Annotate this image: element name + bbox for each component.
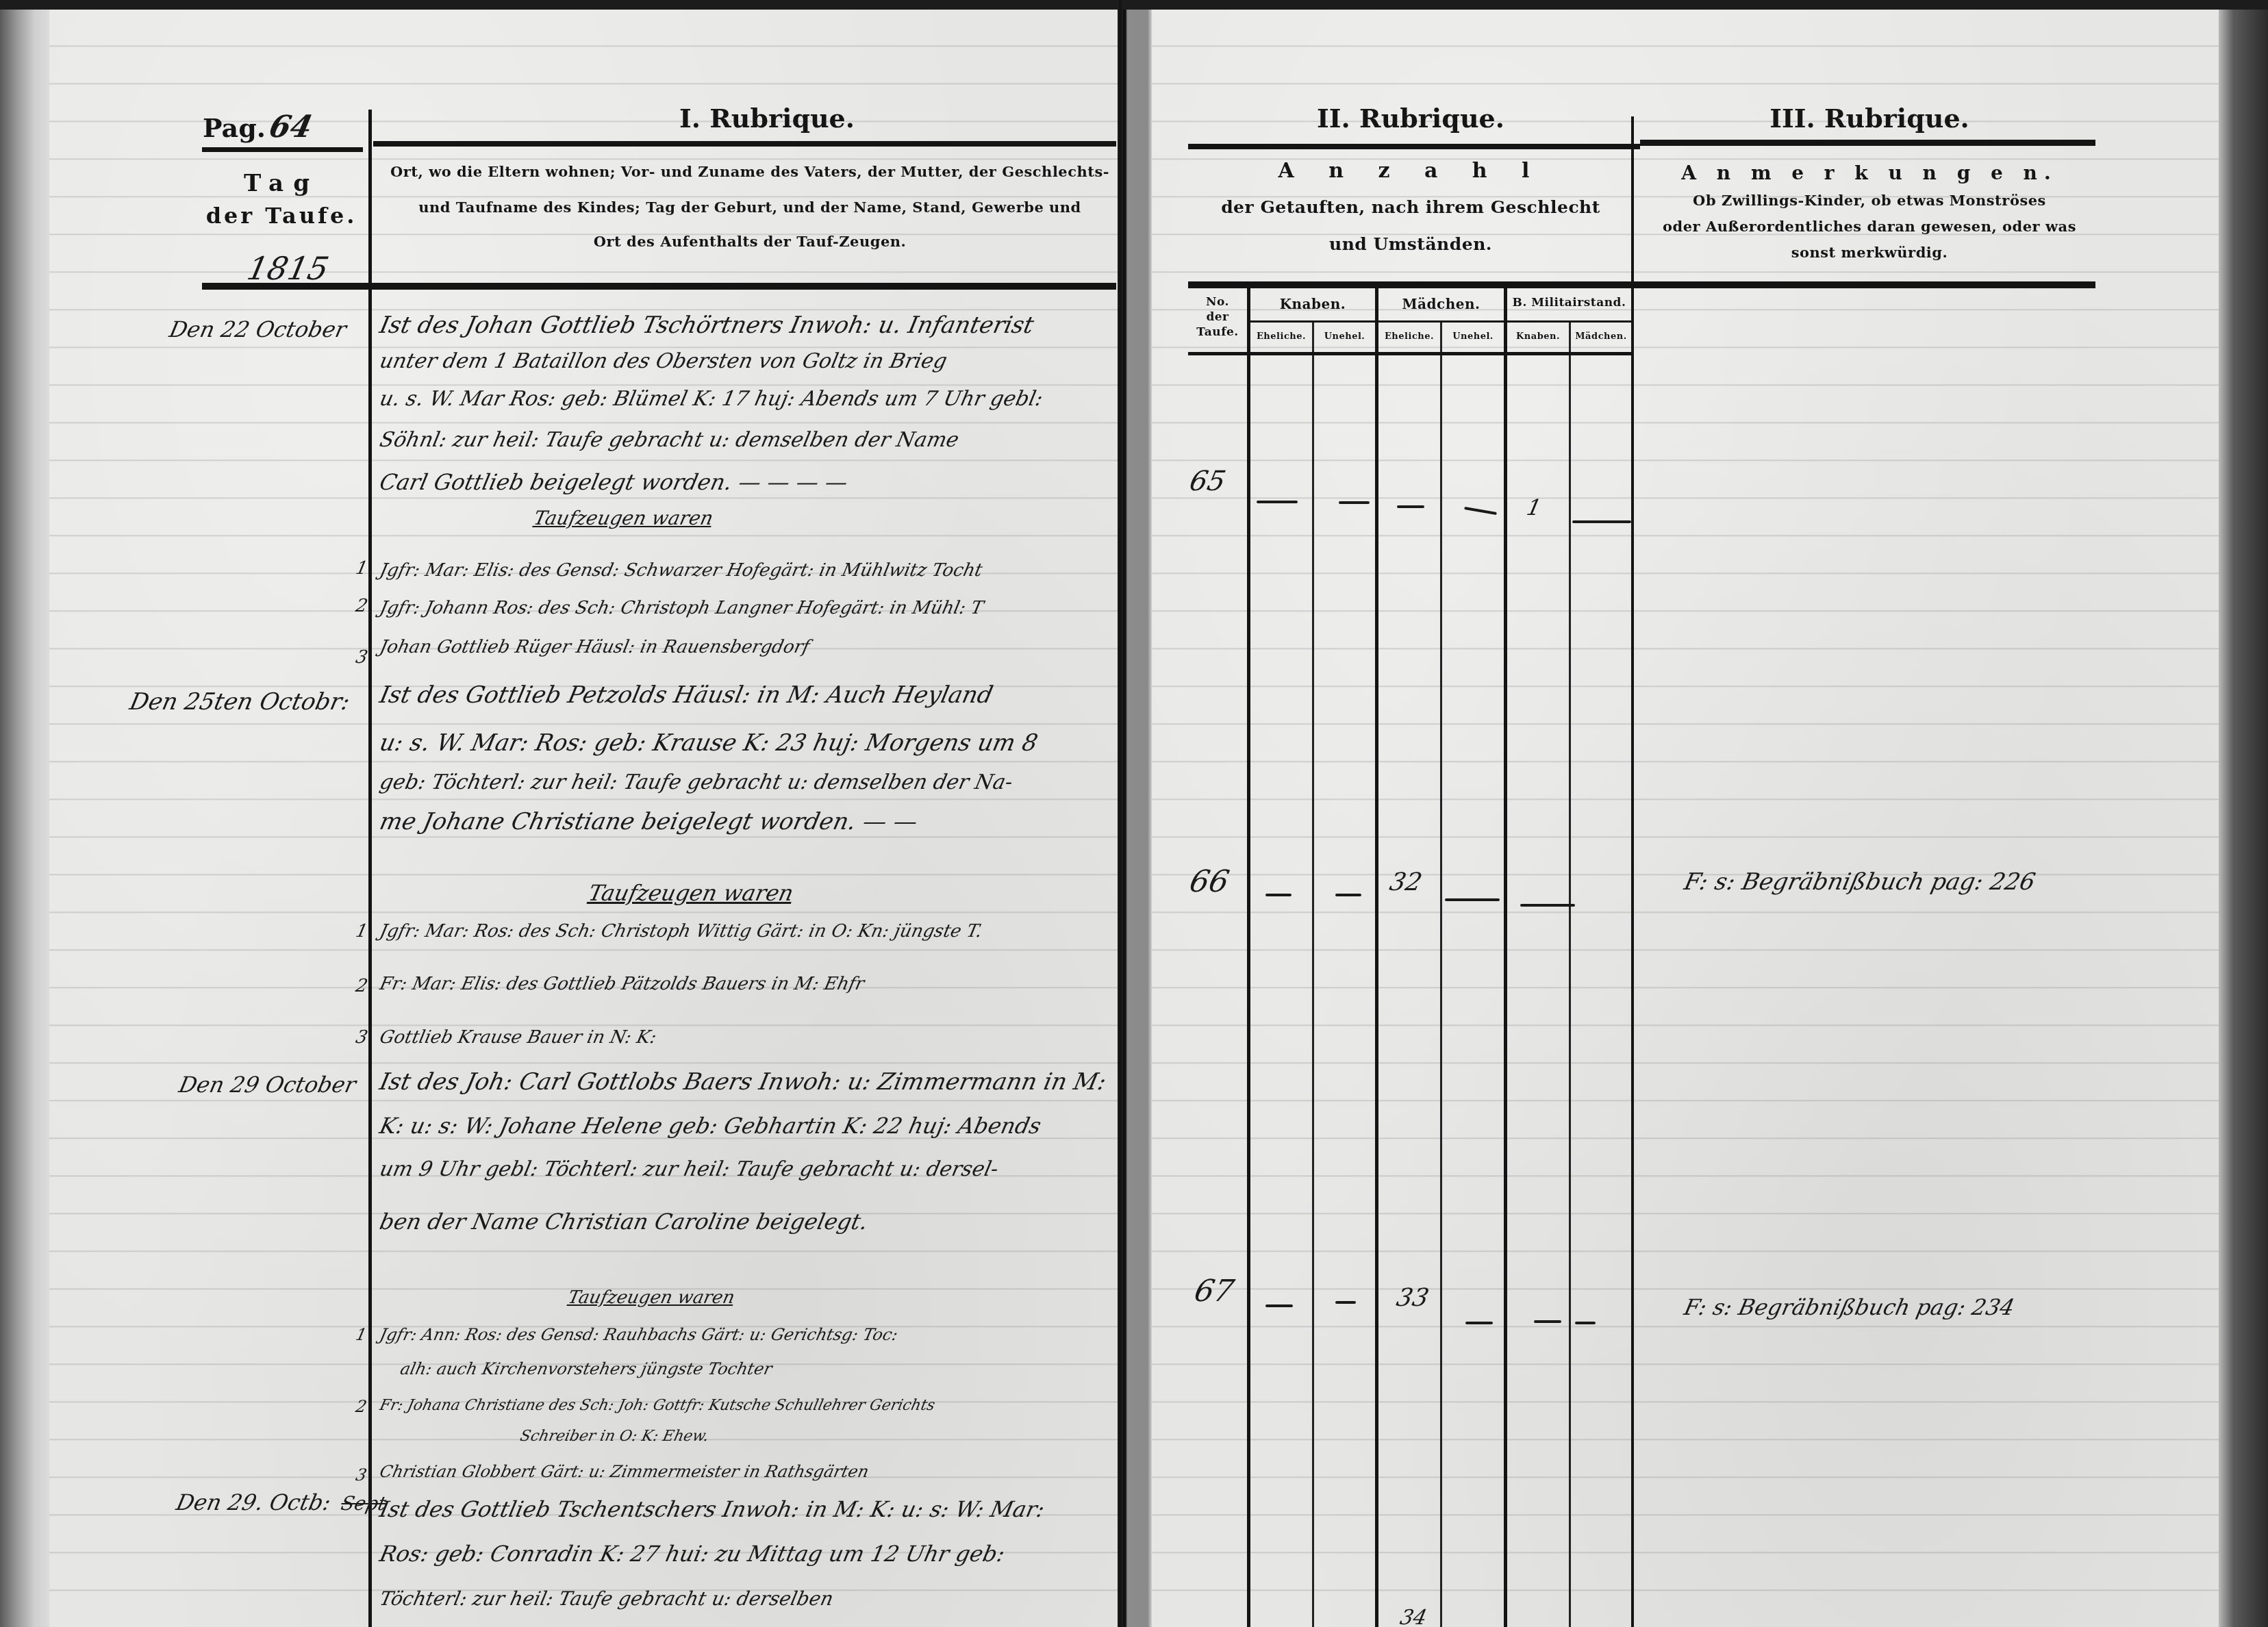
right-page-edge (2219, 10, 2268, 1627)
subcol-mil-maedchen: Mädchen. (1571, 331, 1631, 342)
entry-2-knaben-unehel-dash (1335, 894, 1361, 896)
col-line-k1 (1312, 322, 1314, 1627)
col-line-knaben (1375, 288, 1378, 1627)
entry-2-mil-knaben-dash (1520, 904, 1575, 907)
page-label-text: Pag. (203, 112, 266, 143)
col-line-maedchen (1504, 288, 1507, 1627)
entry-4-date: Den 29. Octb: Sept (174, 1489, 389, 1515)
entry-2-no: 66 (1187, 864, 1233, 899)
entry-1-line: unter dem 1 Bataillon des Obersten von G… (377, 349, 949, 373)
rubrique-1-desc-1: Ort, wo die Eltern wohnen; Vor- und Zuna… (380, 163, 1120, 180)
col-date-heading-2: der Taufe. (203, 203, 360, 229)
entry-1-date: Den 22 October (167, 316, 349, 342)
entry-3-line: ben der Name Christian Caroline beigeleg… (377, 1209, 870, 1235)
entry-4-line: Töchterl: zur heil: Taufe gebracht u: de… (377, 1587, 835, 1610)
header-bottom-rule-left (202, 283, 1116, 290)
rubrique-2-desc-2: der Getauften, nach ihrem Geschlecht (1185, 197, 1637, 217)
entry-2-witness: Gottlieb Krause Bauer in N: K: (378, 1027, 659, 1048)
subcol-no-2: der (1188, 310, 1247, 325)
rubrique-1-desc-2: und Taufname des Kindes; Tag der Geburt,… (380, 199, 1120, 216)
subrule-knaben (1250, 320, 1375, 323)
entry-4-line: Ros: geb: Conradin K: 27 hui: zu Mittag … (377, 1541, 1007, 1567)
subcol-knaben-unehel: Unehel. (1314, 331, 1375, 342)
entry-2-line: geb: Töchterl: zur heil: Taufe gebracht … (377, 770, 1015, 794)
entry-4-line: Ist des Gottlieb Tschentschers Inwoh: in… (377, 1496, 1047, 1522)
entry-3-maedchen-unehel-dash (1465, 1322, 1493, 1324)
left-page-edge (0, 10, 49, 1627)
page-number: 64 (266, 110, 316, 144)
entry-3-remark: F: s: Begräbnißbuch pag: 234 (1682, 1294, 2017, 1320)
header-rule-date (202, 147, 363, 152)
subcol-maedchen: Mädchen. (1378, 296, 1504, 312)
entry-3-mil-maedchen-dash (1575, 1322, 1596, 1324)
subcol-no-3: Taufe. (1188, 325, 1247, 340)
entry-3-witness: Jgfr: Ann: Ros: des Gensd: Rauhbachs Gär… (378, 1325, 900, 1344)
subcol-knaben-ehel: Eheliche. (1250, 331, 1312, 342)
subcol-maedchen-ehel: Eheliche. (1378, 331, 1440, 342)
subcol-knaben: Knaben. (1250, 296, 1375, 312)
subcol-no-der-taufe: No. der Taufe. (1188, 294, 1247, 340)
entry-1-line: Carl Gottlieb beigelegt worden. — — — — (377, 469, 850, 495)
entry-1-maedchen-ehel-dash (1397, 505, 1424, 508)
entry-1-knaben-unehel-dash (1339, 501, 1370, 504)
entry-2-witness: Fr: Mar: Elis: des Gottlieb Pätzolds Bau… (378, 974, 866, 994)
entry-3-mil-knaben-dash (1534, 1320, 1561, 1323)
subcol-militairstand: B. Militairstand. (1507, 296, 1631, 310)
header-rule-r1 (373, 141, 1116, 147)
subcol-mil-knaben: Knaben. (1507, 331, 1569, 342)
entry-1-knaben-ehel-dash (1257, 501, 1298, 503)
rubrique-1-desc-3: Ort des Aufenthalts der Tauf-Zeugen. (380, 233, 1120, 250)
subcol-no-1: No. (1188, 294, 1247, 310)
rubrique-2-title: II. Rubrique. (1185, 103, 1637, 134)
entry-3-line: um 9 Uhr gebl: Töchterl: zur heil: Taufe… (377, 1157, 1000, 1181)
header-rule-r2 (1188, 144, 1640, 149)
entry-3-witness: Fr: Johana Christiane des Sch: Joh: Gott… (378, 1397, 936, 1414)
entry-1-mil-maedchen-dash (1572, 520, 1631, 523)
entry-1-witness: Jgfr: Mar: Elis: des Gensd: Schwarzer Ho… (378, 560, 985, 581)
col-line-no (1247, 288, 1250, 1627)
entry-3-witness: alh: auch Kirchenvorstehers jüngste Toch… (399, 1359, 774, 1378)
rubrique-2-desc-1: A n z a h l (1185, 159, 1637, 183)
entry-2-line: me Johane Christiane beigelegt worden. —… (377, 808, 920, 835)
col-line-mil1 (1569, 322, 1571, 1627)
entry-3-witnesses-heading: Taufzeugen waren (566, 1287, 737, 1308)
subcol-maedchen-unehel: Unehel. (1442, 331, 1504, 342)
entry-3-knaben-unehel-dash (1335, 1301, 1356, 1304)
entry-2-witnesses-heading: Taufzeugen waren (586, 880, 796, 906)
rubrique-3-title: III. Rubrique. (1643, 103, 2095, 134)
rubrique-3-desc-3: oder Außerordentliches daran gewesen, od… (1643, 218, 2095, 235)
entry-3-date: Den 29 October (177, 1072, 358, 1098)
entry-1-line: Söhnl: zur heil: Taufe gebracht u: demse… (377, 428, 961, 452)
rubrique-3-desc-4: sonst merkwürdig. (1643, 244, 2095, 261)
header-rule-r3 (1640, 140, 2095, 146)
book-gutter (1123, 10, 1152, 1627)
entry-2-date: Den 25ten Octobr: (127, 688, 353, 716)
col-date-heading-1: Tag (203, 170, 360, 197)
entry-3-witness: Christian Globbert Gärt: u: Zimmermeiste… (378, 1462, 870, 1481)
page-edge-line (1119, 0, 1122, 1627)
entry-2-witness: Jgfr: Mar: Ros: des Sch: Christoph Witti… (378, 921, 984, 942)
col-line-m1 (1440, 322, 1442, 1627)
entry-3-line: Ist des Joh: Carl Gottlobs Baers Inwoh: … (377, 1068, 1109, 1096)
entry-2-maedchen-ehel: 32 (1387, 868, 1425, 896)
entry-4-maedchen-ehel: 34 (1398, 1606, 1429, 1627)
entry-2-remark: F: s: Begräbnißbuch pag: 226 (1682, 868, 2038, 896)
entry-3-maedchen-ehel: 33 (1394, 1284, 1432, 1312)
col-divider-r2-r3 (1631, 116, 1634, 1627)
entry-1-witness: Johan Gottlieb Rüger Häusl: in Rauensber… (378, 637, 811, 657)
page-label: Pag.64 (203, 110, 312, 144)
entry-2-line: u: s. W. Mar: Ros: geb: Krause K: 23 huj… (377, 729, 1040, 757)
entry-2-knaben-ehel-dash (1265, 894, 1291, 896)
register-year: 1815 (244, 250, 332, 287)
entry-1-line: Ist des Johan Gottlieb Tschörtners Inwoh… (377, 312, 1037, 339)
subheader-bottom-rule (1188, 352, 1633, 355)
entry-3-line: K: u: s: W: Johane Helene geb: Gebhartin… (377, 1113, 1044, 1139)
rubrique-1-title: I. Rubrique. (411, 103, 1123, 134)
header-bottom-rule-right (1188, 281, 2095, 288)
entry-1-no: 65 (1187, 466, 1228, 497)
subrule-militair (1507, 320, 1631, 323)
col-divider-date (368, 110, 372, 1627)
entry-4-date-text: Den 29. Octb: (174, 1489, 333, 1515)
entry-1-witness: Jgfr: Johann Ros: des Sch: Christoph Lan… (378, 598, 985, 618)
entry-3-no: 67 (1192, 1274, 1237, 1309)
entry-2-maedchen-unehel-dash (1445, 898, 1500, 901)
rubrique-2-desc-3: und Umständen. (1185, 234, 1637, 254)
subrule-maedchen (1378, 320, 1504, 323)
entry-3-witness: Schreiber in O: K: Ehew. (518, 1428, 710, 1445)
entry-1-witnesses-heading: Taufzeugen waren (531, 507, 715, 529)
rubrique-3-desc-2: Ob Zwillings-Kinder, ob etwas Monströses (1643, 192, 2095, 209)
entry-1-line: u. s. W. Mar Ros: geb: Blümel K: 17 huj:… (377, 387, 1045, 411)
entry-3-knaben-ehel-dash (1265, 1304, 1293, 1307)
entry-2-line: Ist des Gottlieb Petzolds Häusl: in M: A… (377, 681, 996, 709)
rubrique-3-desc-1: A n m e r k u n g e n. (1643, 162, 2095, 184)
